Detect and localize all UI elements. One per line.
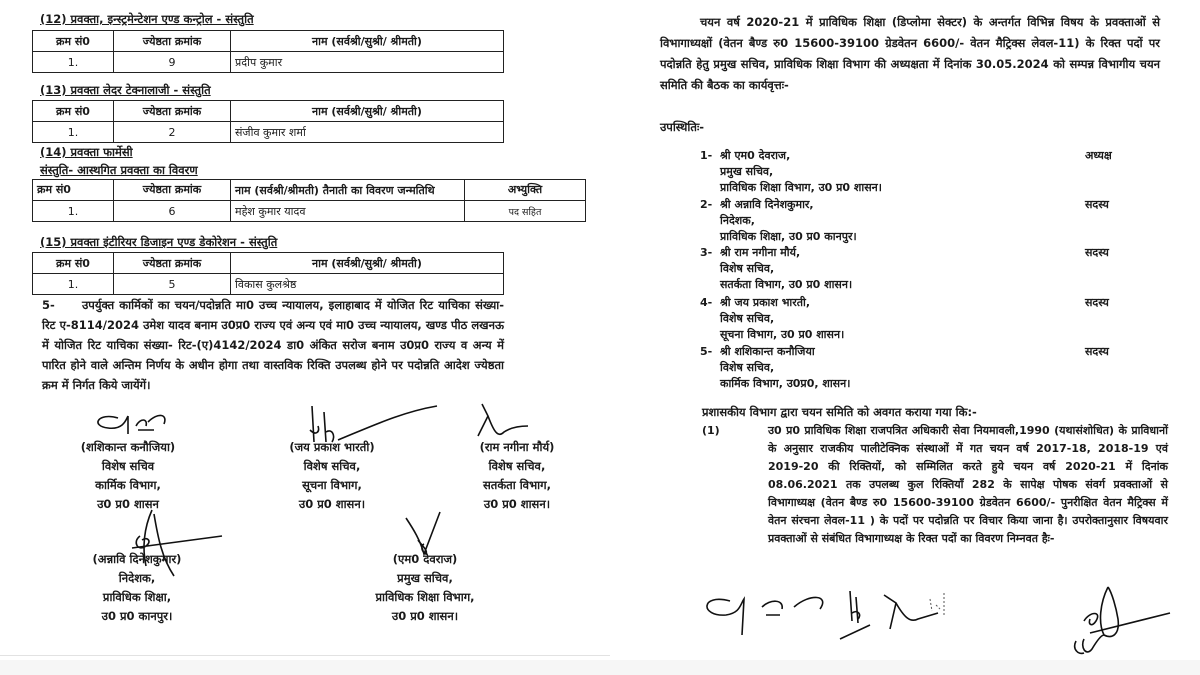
member-item: 1- श्री एम0 देवराज, प्रमुख सचिव, प्राविध… — [700, 148, 1100, 196]
signatory-line: कार्मिक विभाग, — [58, 476, 198, 495]
table-row: 1. 9 प्रदीप कुमार — [33, 52, 504, 73]
member-line: विशेष सचिव, — [720, 261, 1100, 277]
cell-seniority: 5 — [114, 274, 231, 295]
cell-name: विकास कुलश्रेष्ठ — [231, 274, 504, 295]
document-page-left: (12) प्रवक्ता, इन्स्ट्रमेन्टेशन एण्ड कन्… — [0, 0, 610, 656]
signatory-block: (एम0 देवराज) प्रमुख सचिव, प्राविधिक शिक्… — [340, 550, 510, 626]
member-item: 5- श्री शशिकान्त कनौजिया विशेष सचिव, कार… — [700, 344, 1100, 392]
signatures-area — [700, 583, 1180, 658]
table-header-row: क्रम सं0 ज्येष्ठता क्रमांक नाम (सर्वश्री… — [33, 101, 504, 122]
signature-icon — [700, 583, 1180, 658]
member-line: निदेशक, — [720, 213, 1100, 229]
attendance-label: उपस्थितिः- — [660, 120, 704, 135]
cell-name: प्रदीप कुमार — [231, 52, 504, 73]
member-line: सतर्कता विभाग, उ0 प्र0 शासन। — [720, 277, 1100, 293]
member-role: सदस्य — [1085, 344, 1109, 360]
paragraph-number: 5- — [42, 295, 82, 315]
signatory-name: (जय प्रकाश भारती) — [262, 438, 402, 457]
header-serial: क्रम सं0 — [33, 101, 114, 122]
header-name: नाम (सर्वश्री/सुश्री/ श्रीमती) — [231, 101, 504, 122]
member-index: 1- — [700, 148, 712, 164]
member-line: श्री जय प्रकाश भारती, — [720, 295, 1100, 311]
member-index: 5- — [700, 344, 712, 360]
cell-name: संजीव कुमार शर्मा — [231, 122, 504, 143]
table-header-row: क्रम सं0 ज्येष्ठता क्रमांक नाम (सर्वश्री… — [33, 180, 586, 201]
member-role: सदस्य — [1085, 245, 1109, 261]
table-row: 1. 2 संजीव कुमार शर्मा — [33, 122, 504, 143]
section-14-table: क्रम सं0 ज्येष्ठता क्रमांक नाम (सर्वश्री… — [32, 179, 586, 222]
section-13-title: (13) प्रवक्ता लेदर टेक्नालाजी - संस्तुति — [40, 83, 211, 98]
signatory-line: उ0 प्र0 शासन। — [262, 495, 402, 514]
signatory-line: उ0 प्र0 शासन। — [340, 607, 510, 626]
header-serial: क्रम सं0 — [33, 180, 114, 201]
cell-seniority: 6 — [114, 201, 231, 222]
member-line: प्राविधिक शिक्षा विभाग, उ0 प्र0 शासन। — [720, 180, 1100, 196]
paragraph-text: उपर्युक्त कार्मिकों का चयन/पदोन्नति मा0 … — [42, 298, 504, 392]
header-seniority: ज्येष्ठता क्रमांक — [114, 101, 231, 122]
signatory-name: (राम नगीना मौर्य) — [452, 438, 582, 457]
member-item: 3- श्री राम नगीना मौर्य, विशेष सचिव, सतर… — [700, 245, 1100, 293]
member-line: श्री एम0 देवराज, — [720, 148, 1100, 164]
header-seniority: ज्येष्ठता क्रमांक — [114, 31, 231, 52]
header-remarks: अभ्युक्ति — [465, 180, 586, 201]
signatory-line: उ0 प्र0 शासन। — [452, 495, 582, 514]
cell-seniority: 2 — [114, 122, 231, 143]
member-line: प्राविधिक शिक्षा, उ0 प्र0 कानपुर। — [720, 229, 1100, 245]
signatory-block: (राम नगीना मौर्य) विशेष सचिव, सतर्कता वि… — [452, 438, 582, 514]
signatory-line: उ0 प्र0 शासन — [58, 495, 198, 514]
member-role: सदस्य — [1085, 197, 1109, 213]
signatory-line: विशेष सचिव, — [452, 457, 582, 476]
point-index: (1) — [702, 424, 720, 437]
table-header-row: क्रम सं0 ज्येष्ठता क्रमांक नाम (सर्वश्री… — [33, 31, 504, 52]
signatory-block: (अन्नावि दिनेशकुमार) निदेशक, प्राविधिक श… — [62, 550, 212, 626]
section-14-title: (14) प्रवक्ता फार्मेसी — [40, 145, 133, 160]
member-line: श्री राम नगीना मौर्य, — [720, 245, 1100, 261]
signatory-line: निदेशक, — [62, 569, 212, 588]
cell-serial: 1. — [33, 122, 114, 143]
section-13-table: क्रम सं0 ज्येष्ठता क्रमांक नाम (सर्वश्री… — [32, 100, 504, 143]
signatory-line: सतर्कता विभाग, — [452, 476, 582, 495]
cell-seniority: 9 — [114, 52, 231, 73]
table-header-row: क्रम सं0 ज्येष्ठता क्रमांक नाम (सर्वश्री… — [33, 253, 504, 274]
section-12-table: क्रम सं0 ज्येष्ठता क्रमांक नाम (सर्वश्री… — [32, 30, 504, 73]
header-seniority: ज्येष्ठता क्रमांक — [114, 253, 231, 274]
member-item: 2- श्री अन्नावि दिनेशकुमार, निदेशक, प्रा… — [700, 197, 1100, 245]
member-line: श्री अन्नावि दिनेशकुमार, — [720, 197, 1100, 213]
cell-serial: 1. — [33, 52, 114, 73]
cell-serial: 1. — [33, 274, 114, 295]
member-role: अध्यक्ष — [1085, 148, 1112, 164]
signatory-block: (शशिकान्त कनौजिया) विशेष सचिव कार्मिक वि… — [58, 438, 198, 514]
member-line: प्रमुख सचिव, — [720, 164, 1100, 180]
signatory-name: (एम0 देवराज) — [340, 550, 510, 569]
member-item: 4- श्री जय प्रकाश भारती, विशेष सचिव, सूच… — [700, 295, 1100, 343]
member-line: श्री शशिकान्त कनौजिया — [720, 344, 1100, 360]
minutes-intro: चयन वर्ष 2020-21 में प्राविधिक शिक्षा (ड… — [660, 12, 1160, 96]
member-role: सदस्य — [1085, 295, 1109, 311]
signatory-block: (जय प्रकाश भारती) विशेष सचिव, सूचना विभा… — [262, 438, 402, 514]
signatory-line: विशेष सचिव, — [262, 457, 402, 476]
table-row: 1. 5 विकास कुलश्रेष्ठ — [33, 274, 504, 295]
signatory-line: उ0 प्र0 कानपुर। — [62, 607, 212, 626]
signatory-line: सूचना विभाग, — [262, 476, 402, 495]
header-name: नाम (सर्वश्री/सुश्री/ श्रीमती) — [231, 253, 504, 274]
table-row: 1. 6 महेश कुमार यादव पद सहित — [33, 201, 586, 222]
signatory-line: विशेष सचिव — [58, 457, 198, 476]
signature-icon — [88, 408, 178, 440]
member-index: 3- — [700, 245, 712, 261]
informed-label: प्रशासकीय विभाग द्वारा चयन समिति को अवगत… — [702, 405, 977, 420]
section-14-subtitle: संस्तुति- आस्थगित प्रवक्ता का विवरण — [40, 163, 198, 178]
member-line: विशेष सचिव, — [720, 311, 1100, 327]
signatory-line: प्राविधिक शिक्षा, — [62, 588, 212, 607]
cell-remarks: पद सहित — [465, 201, 586, 222]
header-serial: क्रम सं0 — [33, 253, 114, 274]
section-12-title: (12) प्रवक्ता, इन्स्ट्रमेन्टेशन एण्ड कन्… — [40, 12, 254, 27]
cell-name: महेश कुमार यादव — [231, 201, 465, 222]
member-line: सूचना विभाग, उ0 प्र0 शासन। — [720, 327, 1100, 343]
signatory-name: (शशिकान्त कनौजिया) — [58, 438, 198, 457]
member-line: कार्मिक विभाग, उ0प्र0, शासन। — [720, 376, 1100, 392]
header-name-posting: नाम (सर्वश्री/श्रीमती) तैनाती का विवरण ज… — [231, 180, 465, 201]
section-15-title: (15) प्रवक्ता इंटीरियर डिजाइन एण्ड डेकोर… — [40, 235, 277, 250]
member-index: 2- — [700, 197, 712, 213]
cell-serial: 1. — [33, 201, 114, 222]
signatory-line: प्रमुख सचिव, — [340, 569, 510, 588]
section-15-table: क्रम सं0 ज्येष्ठता क्रमांक नाम (सर्वश्री… — [32, 252, 504, 295]
header-serial: क्रम सं0 — [33, 31, 114, 52]
point-text: उ0 प्र0 प्राविधिक शिक्षा राजपत्रित अधिका… — [768, 422, 1168, 548]
signature-icon — [472, 402, 532, 442]
header-seniority: ज्येष्ठता क्रमांक — [114, 180, 231, 201]
signatory-name: (अन्नावि दिनेशकुमार) — [62, 550, 212, 569]
member-line: विशेष सचिव, — [720, 360, 1100, 376]
paragraph-5: 5-उपर्युक्त कार्मिकों का चयन/पदोन्नति मा… — [42, 295, 504, 395]
member-index: 4- — [700, 295, 712, 311]
document-page-right: चयन वर्ष 2020-21 में प्राविधिक शिक्षा (ड… — [620, 0, 1200, 661]
signatory-line: प्राविधिक शिक्षा विभाग, — [340, 588, 510, 607]
header-name: नाम (सर्वश्री/सुश्री/ श्रीमती) — [231, 31, 504, 52]
page-gap-strip — [0, 660, 1200, 675]
